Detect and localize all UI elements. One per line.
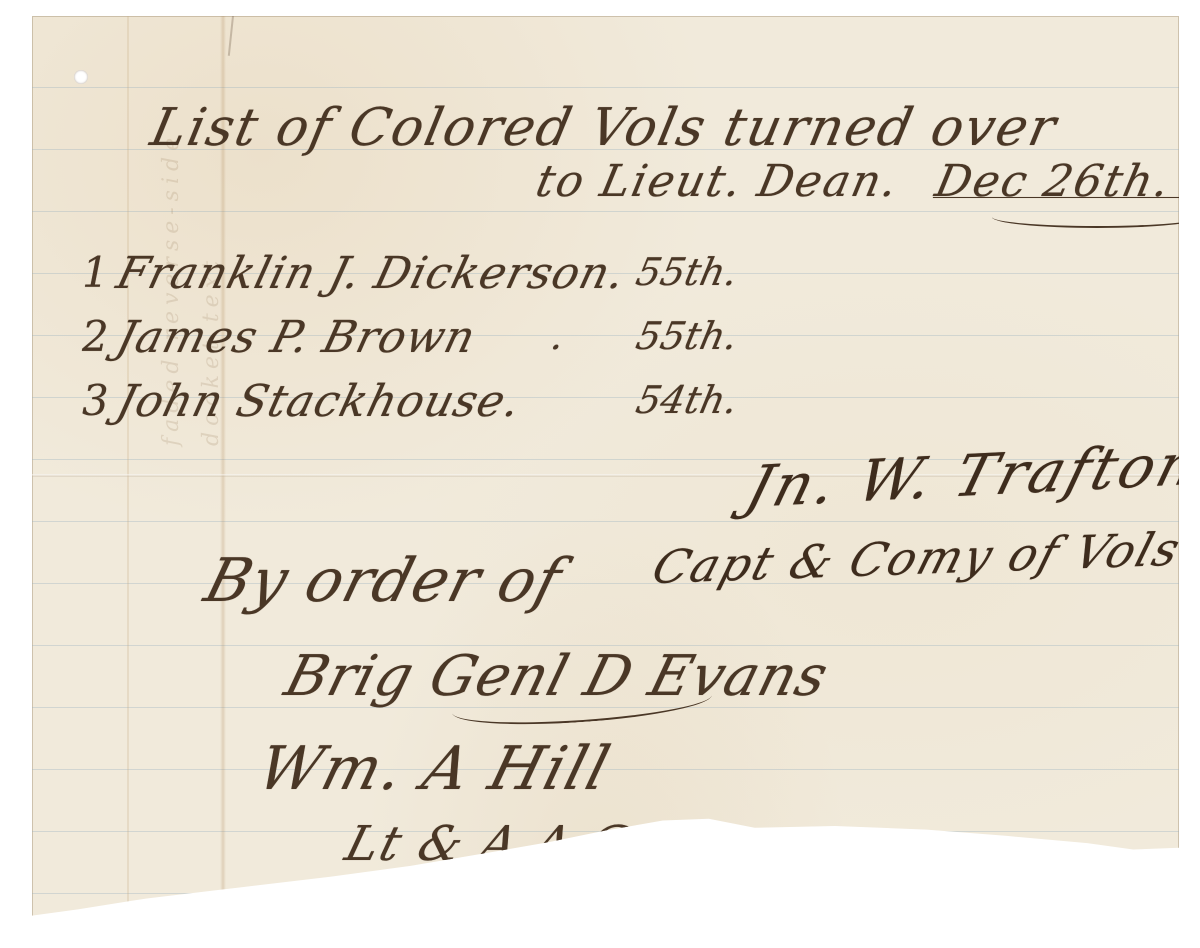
roster-regiment: 54th. (632, 378, 742, 422)
roster-list: 1 Franklin J. Dickerson. 55th. 2 James P… (82, 248, 802, 440)
title-line-1: List of Colored Vols turned over (146, 98, 1063, 158)
order-line-4: Lt & A.A.G. (339, 816, 652, 872)
roster-number: 2 (82, 312, 109, 361)
roster-number: 1 (82, 248, 109, 297)
title-line-2: to Lieut. Dean. Dec 26th. 63. (532, 156, 1200, 207)
roster-regiment: 55th. (632, 314, 742, 358)
date-flourish (992, 206, 1200, 228)
punch-hole (74, 70, 88, 84)
title-recipient: to Lieut. Dean. (532, 156, 904, 207)
roster-number: 3 (82, 376, 109, 425)
roster-name: James P. Brown (112, 312, 481, 363)
roster-row: 2 James P. Brown . 55th. (82, 312, 802, 376)
title-date: Dec 26th. 63. (931, 156, 1200, 207)
roster-regiment: 55th. (632, 250, 742, 294)
roster-separator: . (547, 314, 568, 358)
roster-name: John Stackhouse. (112, 376, 527, 427)
order-line-1: By order of (198, 546, 570, 616)
order-line-3: Wm. A Hill (251, 734, 619, 804)
margin-rule (127, 16, 129, 922)
document-sheet: faded reverse-side docket text List of C… (32, 16, 1179, 922)
roster-row: 3 John Stackhouse. 54th. (82, 376, 802, 440)
scan-background: faded reverse-side docket text List of C… (0, 0, 1200, 948)
roster-row: 1 Franklin J. Dickerson. 55th. (82, 248, 802, 312)
closing-flourish (531, 880, 753, 931)
roster-name: Franklin J. Dickerson. (112, 248, 631, 299)
